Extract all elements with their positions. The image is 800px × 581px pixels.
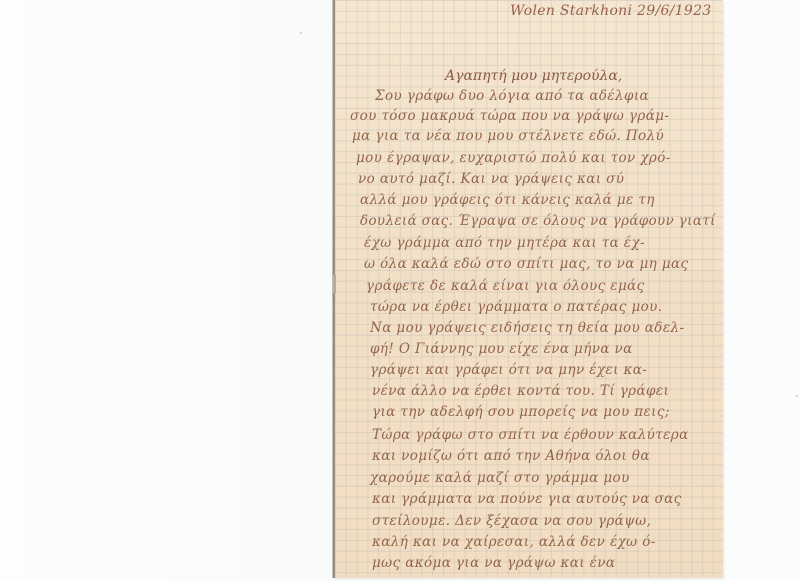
page-fold-mark	[333, 275, 336, 293]
letter-line: για την αδελφή σου μπορείς να μου πεις;	[372, 404, 670, 420]
letter-line: στείλουμε. Δεν ξέχασα να σου γράψω,	[372, 513, 651, 529]
letter-line: γράψει και γράφει ότι να μην έχει κα-	[370, 362, 647, 378]
letter-line: σου τόσο μακρυά τώρα που να γράψω γράμ-	[350, 108, 669, 124]
letter-line: δουλειά σας. Έγραψα σε όλους να γράφουν …	[360, 213, 716, 229]
letter-line: νο αυτό μαζί. Και να γράψεις και σύ	[358, 171, 624, 187]
letter-line: Σου γράφω δυο λόγια από τα αδέλφια	[375, 88, 649, 104]
letter-line: καλή και να χαίρεσαι, αλλά δεν έχω ό-	[372, 534, 656, 550]
letter-line: τώρα να έρθει γράμματα ο πατέρας μου.	[370, 299, 662, 315]
letter-line: μως ακόμα για να γράψω και ένα	[372, 555, 615, 571]
letter-line: ω όλα καλά εδώ στο σπίτι μας, το να μη μ…	[364, 256, 688, 272]
letter-line: νένα άλλο να έρθει κοντά του. Τί γράφει	[372, 383, 669, 399]
letter-line: έχω γράμμα από την μητέρα και τα έχ-	[364, 235, 645, 251]
letter-salutation: Αγαπητή μου μητερούλα,	[445, 68, 622, 84]
letter-line: και νομίζω ότι από την Αθήνα όλοι θα	[372, 448, 650, 464]
letter-line: Να μου γράψεις ειδήσεις τη θεία μου αδελ…	[370, 320, 684, 336]
letter-line: μα για τα νέα που μου στέλνετε εδώ. Πολύ	[352, 128, 664, 144]
letter-line: και γράμματα να πούνε για αυτούς να σας	[372, 491, 682, 507]
scan-speck	[796, 395, 798, 397]
letter-line: Τώρα γράφω στο σπίτι να έρθουν καλύτερα	[372, 427, 689, 443]
letter-line: μου έγραψαν, ευχαριστώ πολύ και τον χρό-	[356, 150, 671, 166]
scan-speck	[300, 32, 302, 34]
letter-line: αλλά μου γράφεις ότι κάνεις καλά με τη	[360, 192, 655, 208]
letter-line: χαρούμε καλά μαζί στο γράμμα μου	[370, 470, 630, 486]
letter-line: γράφετε δε καλά είναι για όλους εμάς	[366, 278, 645, 294]
letter-line: φή! Ο Γιάννης μου είχε ένα μήνα να	[370, 341, 633, 357]
letter-place-date: Wolen Starkhoni 29/6/1923	[510, 3, 712, 19]
